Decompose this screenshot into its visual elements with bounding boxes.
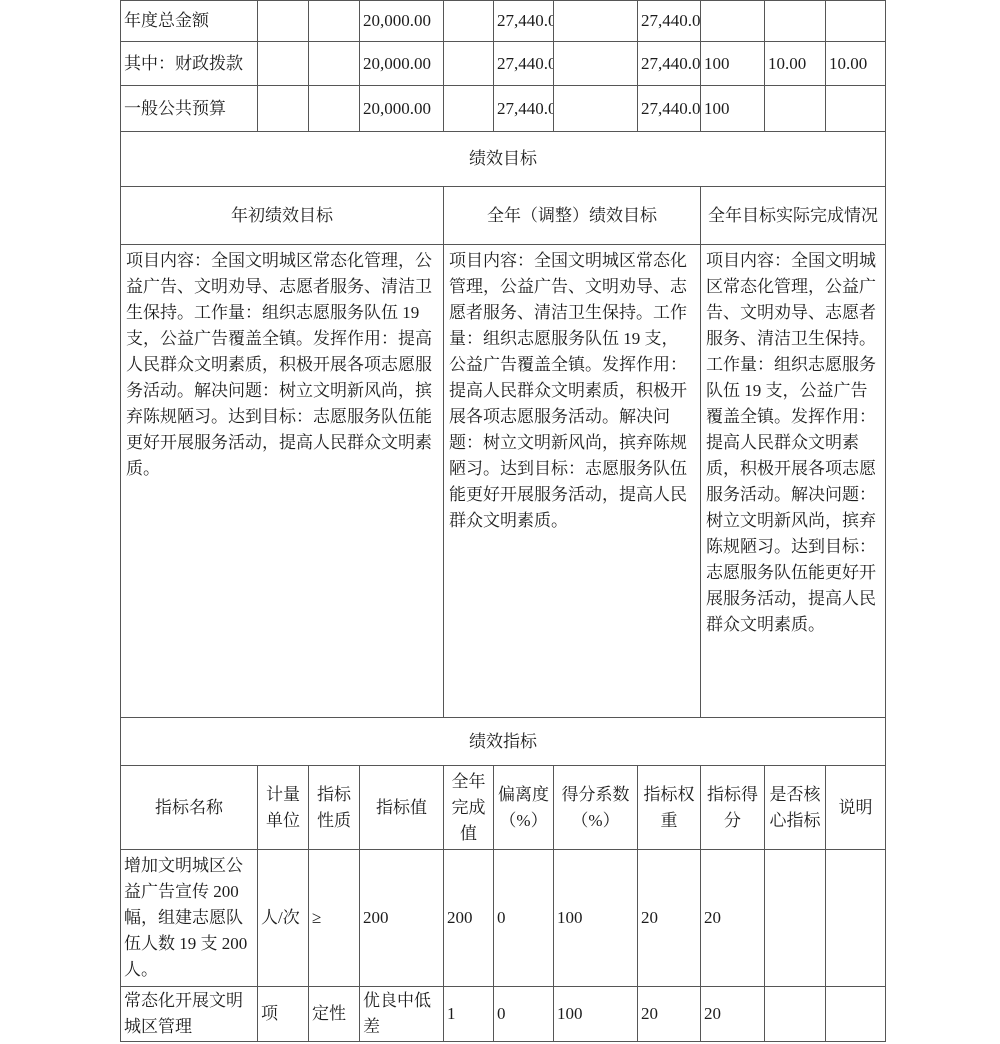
funding-row-general-public-budget-cell-3	[309, 86, 360, 132]
funding-row-annual-total-cell-3	[309, 1, 360, 42]
funding-row-fiscal-appropriation-cell-4: 20,000.00	[360, 42, 444, 86]
funding-row-fiscal-appropriation-cell-3	[309, 42, 360, 86]
report-body: 年度总金额20,000.0027,440.0027,440.00其中：财政拨款2…	[121, 1, 886, 1042]
section-title-performance-indicators-cell-1: 绩效指标	[121, 718, 886, 766]
indicator-row-2-cell-7: 100	[554, 987, 638, 1042]
funding-row-fiscal-appropriation-cell-9: 100	[701, 42, 765, 86]
funding-row-fiscal-appropriation-cell-1: 其中：财政拨款	[121, 42, 258, 86]
targets-content-cell-2: 项目内容：全国文明城区常态化管理，公益广告、文明劝导、志愿者服务、清洁卫生保持。…	[444, 245, 701, 718]
indicator-row-1-cell-2: 人/次	[258, 850, 309, 987]
funding-row-general-public-budget-cell-11	[826, 86, 886, 132]
indicators-column-headers-cell-5: 全年完成值	[444, 766, 494, 850]
funding-row-general-public-budget-cell-1: 一般公共预算	[121, 86, 258, 132]
funding-row-general-public-budget-cell-10	[765, 86, 826, 132]
funding-row-annual-total-cell-2	[258, 1, 309, 42]
indicator-row-1-cell-8: 20	[638, 850, 701, 987]
indicator-row-2: 常态化开展文明城区管理项定性优良中低差101002020	[121, 987, 886, 1042]
targets-content-cell-1: 项目内容：全国文明城区常态化管理，公益广告、文明劝导、志愿者服务、清洁卫生保持。…	[121, 245, 444, 718]
funding-row-general-public-budget-cell-5	[444, 86, 494, 132]
section-title-performance-targets: 绩效目标	[121, 132, 886, 187]
funding-row-fiscal-appropriation-cell-10: 10.00	[765, 42, 826, 86]
funding-row-general-public-budget-cell-7	[554, 86, 638, 132]
funding-row-fiscal-appropriation-cell-7	[554, 42, 638, 86]
indicators-column-headers-cell-6: 偏离度（%）	[494, 766, 554, 850]
funding-row-annual-total-cell-10	[765, 1, 826, 42]
targets-column-headers-cell-1: 年初绩效目标	[121, 187, 444, 245]
funding-row-general-public-budget: 一般公共预算20,000.0027,440.0027,440.00100	[121, 86, 886, 132]
indicators-column-headers-cell-2: 计量单位	[258, 766, 309, 850]
funding-row-annual-total: 年度总金额20,000.0027,440.0027,440.00	[121, 1, 886, 42]
indicator-row-2-cell-2: 项	[258, 987, 309, 1042]
funding-row-fiscal-appropriation-cell-11: 10.00	[826, 42, 886, 86]
funding-row-general-public-budget-cell-6: 27,440.00	[494, 86, 554, 132]
indicators-column-headers-cell-9: 指标得分	[701, 766, 765, 850]
funding-row-general-public-budget-cell-2	[258, 86, 309, 132]
funding-row-annual-total-cell-5	[444, 1, 494, 42]
indicator-row-1-cell-11	[826, 850, 886, 987]
performance-report-table: 年度总金额20,000.0027,440.0027,440.00其中：财政拨款2…	[120, 0, 886, 1042]
indicators-column-headers-cell-8: 指标权重	[638, 766, 701, 850]
indicators-column-headers-cell-1: 指标名称	[121, 766, 258, 850]
targets-column-headers: 年初绩效目标全年（调整）绩效目标全年目标实际完成情况	[121, 187, 886, 245]
targets-column-headers-cell-2: 全年（调整）绩效目标	[444, 187, 701, 245]
indicators-column-headers-cell-7: 得分系数（%）	[554, 766, 638, 850]
indicators-column-headers-cell-4: 指标值	[360, 766, 444, 850]
indicator-row-2-cell-5: 1	[444, 987, 494, 1042]
funding-row-fiscal-appropriation-cell-2	[258, 42, 309, 86]
document-page: 年度总金额20,000.0027,440.0027,440.00其中：财政拨款2…	[0, 0, 1000, 1044]
indicator-row-1-cell-4: 200	[360, 850, 444, 987]
funding-row-annual-total-cell-4: 20,000.00	[360, 1, 444, 42]
targets-content-cell-3: 项目内容：全国文明城区常态化管理，公益广告、文明劝导、志愿者服务、清洁卫生保持。…	[701, 245, 886, 718]
indicator-row-2-cell-3: 定性	[309, 987, 360, 1042]
indicator-row-1-cell-10	[765, 850, 826, 987]
funding-row-general-public-budget-cell-4: 20,000.00	[360, 86, 444, 132]
indicators-column-headers-cell-10: 是否核心指标	[765, 766, 826, 850]
indicator-row-1-cell-5: 200	[444, 850, 494, 987]
indicator-row-1-cell-3: ≥	[309, 850, 360, 987]
targets-column-headers-cell-3: 全年目标实际完成情况	[701, 187, 886, 245]
targets-content: 项目内容：全国文明城区常态化管理，公益广告、文明劝导、志愿者服务、清洁卫生保持。…	[121, 245, 886, 718]
funding-row-annual-total-cell-8: 27,440.00	[638, 1, 701, 42]
indicator-row-2-cell-6: 0	[494, 987, 554, 1042]
funding-row-fiscal-appropriation-cell-8: 27,440.00	[638, 42, 701, 86]
indicator-row-1-cell-1: 增加文明城区公益广告宣传 200 幅，组建志愿队伍人数 19 支 200 人。	[121, 850, 258, 987]
funding-row-fiscal-appropriation-cell-6: 27,440.00	[494, 42, 554, 86]
funding-row-annual-total-cell-9	[701, 1, 765, 42]
funding-row-annual-total-cell-6: 27,440.00	[494, 1, 554, 42]
funding-row-annual-total-cell-11	[826, 1, 886, 42]
indicator-row-2-cell-11	[826, 987, 886, 1042]
indicators-column-headers-cell-3: 指标性质	[309, 766, 360, 850]
indicators-column-headers-cell-11: 说明	[826, 766, 886, 850]
funding-row-fiscal-appropriation: 其中：财政拨款20,000.0027,440.0027,440.0010010.…	[121, 42, 886, 86]
indicator-row-2-cell-4: 优良中低差	[360, 987, 444, 1042]
indicators-column-headers: 指标名称计量单位指标性质指标值全年完成值偏离度（%）得分系数（%）指标权重指标得…	[121, 766, 886, 850]
funding-row-fiscal-appropriation-cell-5	[444, 42, 494, 86]
indicator-row-2-cell-1: 常态化开展文明城区管理	[121, 987, 258, 1042]
section-title-performance-targets-cell-1: 绩效目标	[121, 132, 886, 187]
section-title-performance-indicators: 绩效指标	[121, 718, 886, 766]
funding-row-annual-total-cell-7	[554, 1, 638, 42]
indicator-row-2-cell-10	[765, 987, 826, 1042]
indicator-row-2-cell-8: 20	[638, 987, 701, 1042]
funding-row-general-public-budget-cell-9: 100	[701, 86, 765, 132]
funding-row-general-public-budget-cell-8: 27,440.00	[638, 86, 701, 132]
funding-row-annual-total-cell-1: 年度总金额	[121, 1, 258, 42]
indicator-row-1-cell-7: 100	[554, 850, 638, 987]
indicator-row-1-cell-6: 0	[494, 850, 554, 987]
indicator-row-1: 增加文明城区公益广告宣传 200 幅，组建志愿队伍人数 19 支 200 人。人…	[121, 850, 886, 987]
indicator-row-1-cell-9: 20	[701, 850, 765, 987]
indicator-row-2-cell-9: 20	[701, 987, 765, 1042]
